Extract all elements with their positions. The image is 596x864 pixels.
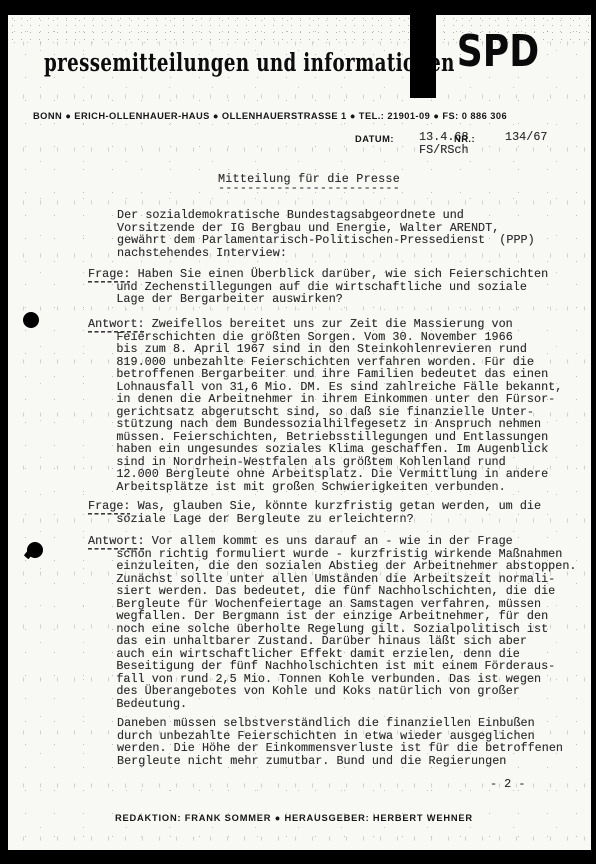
- answer-block-2: Antwort: Vor allem kommt es uns darauf a…: [88, 535, 586, 710]
- intro-paragraph: Der sozialdemokratische Bundestagsabgeor…: [88, 209, 596, 259]
- address-line: BONN ● ERICH-OLLENHAUER-HAUS ● OLLENHAUE…: [33, 111, 573, 121]
- answer-text: Vor allem kommt es uns darauf an - wie i…: [88, 534, 576, 711]
- page-number: - 2 -: [490, 778, 525, 791]
- ref-code: FS/RSch: [419, 144, 469, 157]
- scan-frame: pressemitteilungen und informationen SPD…: [0, 0, 596, 864]
- logo-divider-bar: [410, 0, 436, 98]
- question-block-1: Frage: Haben Sie einen Überblick darüber…: [88, 268, 586, 306]
- question-text: Was, glauben Sie, könnte kurzfristig get…: [88, 499, 541, 526]
- answer-block-1: Antwort: Zweifellos bereitet uns zur Zei…: [88, 318, 586, 493]
- document-title-block: Mitteilung für die Presse --------------…: [218, 173, 400, 194]
- hole-punch-mark-icon: [27, 542, 43, 558]
- answer-text: Zweifellos bereitet uns zur Zeit die Mas…: [88, 317, 562, 494]
- spd-logo: SPD: [455, 31, 540, 73]
- datum-label: DATUM:: [355, 134, 394, 144]
- closing-paragraph: Daneben müssen selbstverständlich die fi…: [88, 717, 596, 767]
- question-block-2: Frage: Was, glauben Sie, könnte kurzfris…: [88, 500, 586, 525]
- document-title-underline: -------------------------: [218, 182, 400, 195]
- document-page: pressemitteilungen und informationen SPD…: [8, 15, 591, 850]
- masthead-title: pressemitteilungen und informationen: [44, 48, 455, 77]
- footer-credits: REDAKTION: FRANK SOMMER ● HERAUSGEBER: H…: [115, 813, 473, 823]
- hole-punch-mark-icon: [23, 312, 39, 328]
- question-text: Haben Sie einen Überblick darüber, wie s…: [88, 267, 548, 306]
- nr-value: 134/67: [505, 131, 547, 144]
